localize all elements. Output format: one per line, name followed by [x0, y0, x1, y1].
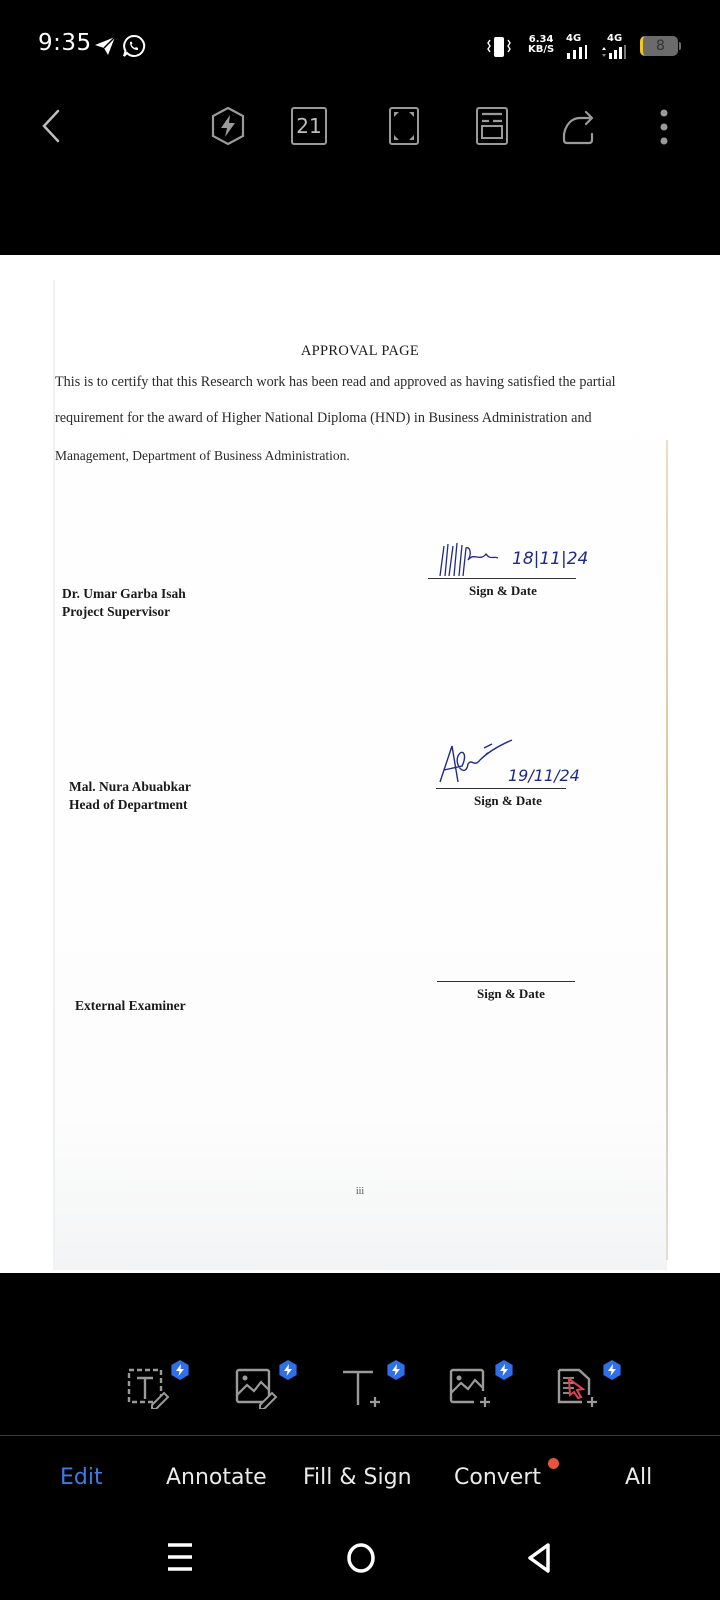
signatory-role: Head of Department: [69, 796, 191, 814]
tab-fill-sign[interactable]: Fill & Sign: [303, 1465, 412, 1490]
tab-convert[interactable]: Convert: [454, 1465, 541, 1490]
back-triangle-icon[interactable]: [526, 1542, 554, 1574]
document-page: [53, 255, 667, 1270]
sign-date-label: Sign & Date: [469, 583, 537, 599]
paragraph-line: Management, Department of Business Admin…: [55, 448, 350, 464]
divider: [0, 1435, 720, 1436]
menu-lines-icon[interactable]: [166, 1542, 194, 1572]
doc-signature-tool[interactable]: [556, 1365, 600, 1409]
premium-badge-icon: [170, 1360, 190, 1380]
premium-badge-icon: [386, 1360, 406, 1380]
signal-icon: [566, 45, 588, 59]
sign-date-label: Sign & Date: [477, 986, 545, 1002]
more-vertical-icon[interactable]: [658, 108, 670, 146]
paragraph-line: This is to certify that this Research wo…: [55, 374, 616, 391]
signatory-name: External Examiner: [75, 997, 186, 1015]
signature-line: [428, 578, 576, 579]
premium-badge-icon: [494, 1360, 514, 1380]
add-image-tool[interactable]: [448, 1365, 492, 1409]
page-edge: [666, 440, 668, 1260]
whatsapp-icon: [121, 33, 147, 59]
tab-edit[interactable]: Edit: [60, 1465, 103, 1490]
tab-all[interactable]: All: [625, 1465, 652, 1490]
signatory-supervisor: Dr. Umar Garba Isah Project Supervisor: [62, 585, 186, 621]
handwritten-signature: [436, 540, 516, 582]
add-text-tool[interactable]: [340, 1365, 384, 1409]
page-count-button[interactable]: 21: [291, 107, 327, 145]
signature-line: [436, 788, 566, 789]
signatory-name: Mal. Nura Abuabkar: [69, 778, 191, 796]
paragraph-line: requirement for the award of Higher Nati…: [55, 410, 592, 427]
document-title: APPROVAL PAGE: [0, 343, 720, 360]
sim2-type: 4G: [607, 33, 622, 44]
fullscreen-icon[interactable]: [384, 106, 424, 146]
home-circle-icon[interactable]: [346, 1542, 376, 1574]
reading-mode-icon[interactable]: [472, 106, 512, 146]
edit-text-tool[interactable]: [126, 1365, 170, 1409]
net-speed: 6.34 KB/S: [528, 35, 554, 55]
page-edge: [53, 280, 55, 1270]
signal-2-icon: [600, 45, 628, 59]
notification-dot: [548, 1458, 559, 1469]
sign-date-label: Sign & Date: [474, 793, 542, 809]
lightning-hexagon-icon[interactable]: [208, 106, 248, 146]
telegram-icon: [93, 35, 117, 57]
share-icon[interactable]: [558, 106, 598, 146]
signature-line: [437, 981, 575, 982]
tab-annotate[interactable]: Annotate: [166, 1465, 267, 1490]
handwritten-date: 18|11|24: [512, 549, 588, 569]
back-button[interactable]: [38, 108, 66, 144]
signatory-role: Project Supervisor: [62, 603, 186, 621]
vibrate-icon: [486, 36, 512, 58]
handwritten-date: 19/11/24: [508, 766, 580, 785]
battery-tip: [679, 42, 681, 50]
handwritten-signature: [436, 738, 516, 786]
signatory-name: Dr. Umar Garba Isah: [62, 585, 186, 603]
battery-indicator: 8: [640, 36, 678, 56]
page-number: iii: [0, 1186, 720, 1197]
premium-badge-icon: [278, 1360, 298, 1380]
status-time: 9:35: [38, 30, 92, 56]
sim1-type: 4G: [566, 33, 581, 44]
edit-image-tool[interactable]: [234, 1365, 278, 1409]
premium-badge-icon: [602, 1360, 622, 1380]
net-speed-unit: KB/S: [528, 45, 554, 55]
signatory-hod: Mal. Nura Abuabkar Head of Department: [69, 778, 191, 814]
